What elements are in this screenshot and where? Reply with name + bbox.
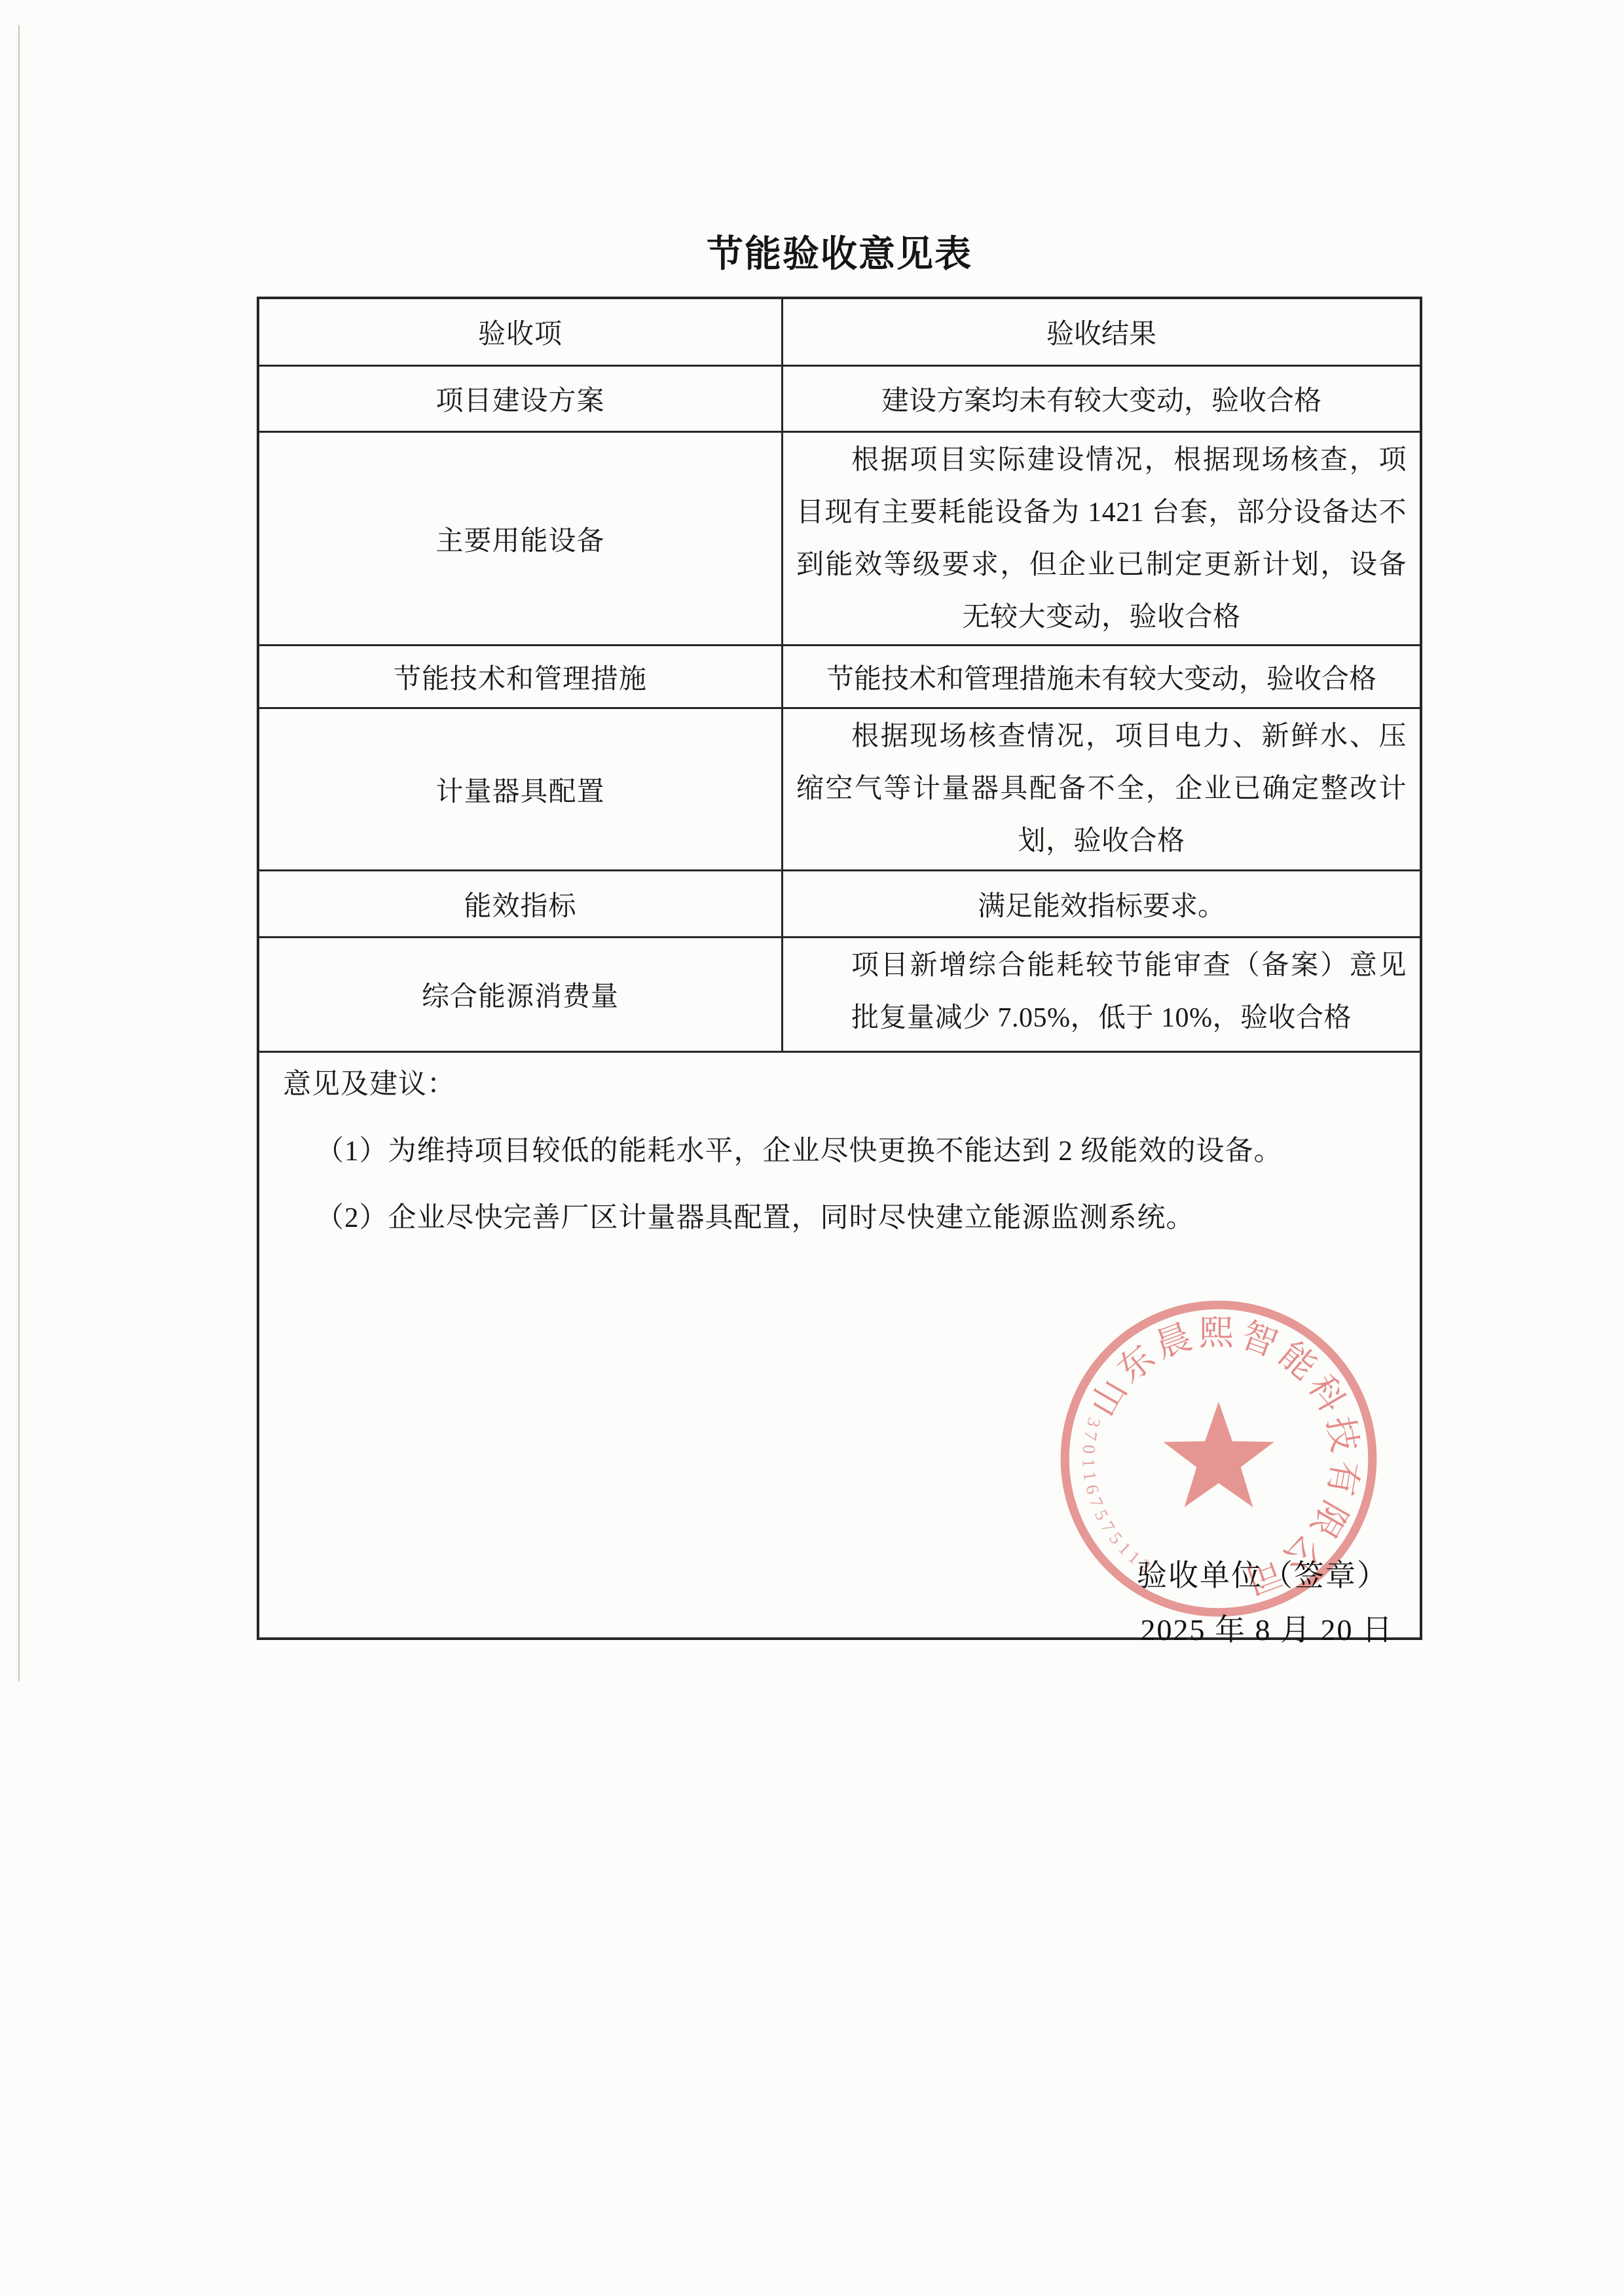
- page-title: 节能验收意见表: [257, 233, 1422, 275]
- scan-artifact-line: [18, 25, 20, 1681]
- row-label: 主要用能设备: [259, 433, 783, 644]
- document-page: 节能验收意见表 验收项 验收结果 项目建设方案 建设方案均未有较大变动，验收合格…: [0, 0, 1624, 2296]
- col-header-result: 验收结果: [783, 299, 1420, 365]
- row-result: 建设方案均未有较大变动，验收合格: [783, 367, 1420, 431]
- seal-serial-number: 3701167575112: [1079, 1415, 1158, 1579]
- acceptance-table: 验收项 验收结果 项目建设方案 建设方案均未有较大变动，验收合格 主要用能设备 …: [257, 297, 1422, 1640]
- comments-section: 意见及建议： （1）为维持项目较低的能耗水平，企业尽快更换不能达到 2 级能效的…: [259, 1051, 1420, 1637]
- row-label: 计量器具配置: [259, 709, 783, 869]
- table-row: 计量器具配置 根据现场核查情况，项目电力、新鲜水、压缩空气等计量器具配备不全，企…: [259, 707, 1420, 869]
- row-result: 项目新增综合能耗较节能审查（备案）意见批复量减少 7.05%，低于 10%，验收…: [783, 938, 1420, 1051]
- table-row: 综合能源消费量 项目新增综合能耗较节能审查（备案）意见批复量减少 7.05%，低…: [259, 936, 1420, 1051]
- comment-item: （1）为维持项目较低的能耗水平，企业尽快更换不能达到 2 级能效的设备。: [283, 1134, 1396, 1169]
- row-result: 根据现场核查情况，项目电力、新鲜水、压缩空气等计量器具配备不全，企业已确定整改计…: [783, 709, 1420, 869]
- table-row: 能效指标 满足能效指标要求。: [259, 869, 1420, 936]
- table-row: 主要用能设备 根据项目实际建设情况，根据现场核查，项目现有主要耗能设备为 142…: [259, 431, 1420, 644]
- row-label: 综合能源消费量: [259, 938, 783, 1051]
- table-header-row: 验收项 验收结果: [259, 299, 1420, 365]
- comment-item: （2）企业尽快完善厂区计量器具配置，同时尽快建立能源监测系统。: [283, 1201, 1396, 1236]
- seal-star: [1163, 1402, 1274, 1507]
- col-header-item: 验收项: [259, 299, 783, 365]
- row-label: 项目建设方案: [259, 367, 783, 431]
- row-result: 根据项目实际建设情况，根据现场核查，项目现有主要耗能设备为 1421 台套，部分…: [783, 433, 1420, 644]
- company-seal-stamp: 山东晨熙智能科技有限公司 3701167575112: [1053, 1293, 1384, 1624]
- row-result: 满足能效指标要求。: [783, 871, 1420, 936]
- comments-heading: 意见及建议：: [283, 1067, 1396, 1102]
- row-result: 节能技术和管理措施未有较大变动，验收合格: [783, 646, 1420, 707]
- row-label: 能效指标: [259, 871, 783, 936]
- table-row: 节能技术和管理措施 节能技术和管理措施未有较大变动，验收合格: [259, 644, 1420, 707]
- row-label: 节能技术和管理措施: [259, 646, 783, 707]
- table-row: 项目建设方案 建设方案均未有较大变动，验收合格: [259, 365, 1420, 431]
